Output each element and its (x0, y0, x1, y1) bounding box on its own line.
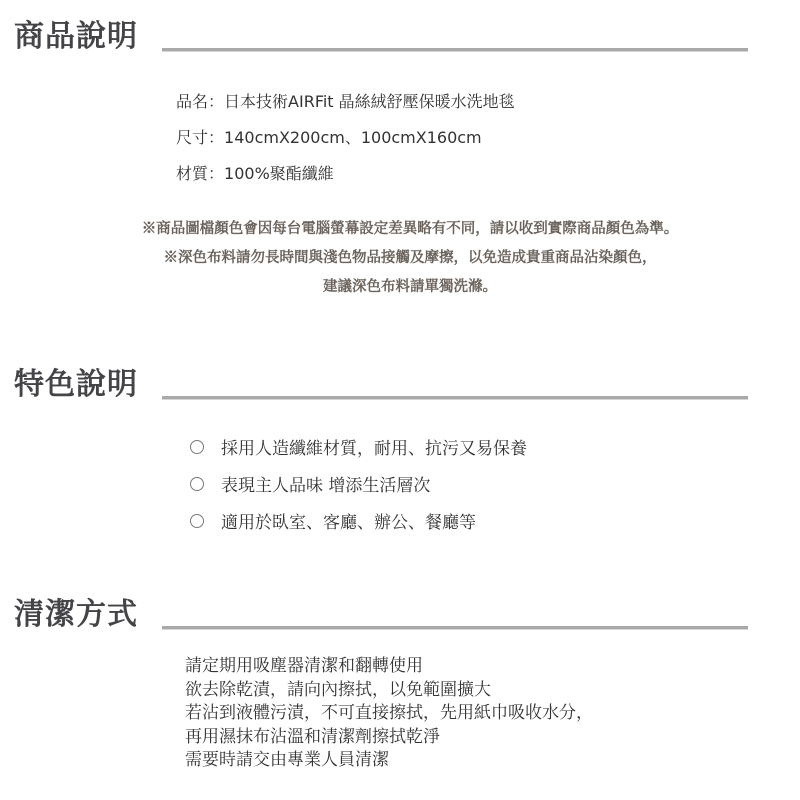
cleaning-line: 請定期用吸塵器清潔和翻轉使用 (185, 655, 593, 679)
spec-value: 100%聚酯纖維 (224, 164, 334, 183)
spec-row-material: 材質：100%聚酯纖維 (176, 156, 515, 192)
section-divider (162, 48, 748, 52)
feature-text: 表現主人品味 增添生活層次 (221, 471, 430, 496)
color-notice: ※商品圖檔顏色會因每台電腦螢幕設定差異略有不同，請以收到實際商品顏色為準。 ※深… (60, 214, 760, 301)
section-divider (162, 626, 748, 630)
notice-line: 建議深色布料請單獨洗滌。 (60, 272, 760, 301)
cleaning-line: 需要時請交由專業人員清潔 (185, 749, 593, 773)
notice-line: ※深色布料請勿長時間與淺色物品接觸及摩擦，以免造成貴重商品沾染顏色， (60, 243, 760, 272)
feature-text: 適用於臥室、客廳、辦公、餐廳等 (221, 508, 476, 533)
spec-separator: ： (208, 92, 224, 111)
spec-value: 140cmX200cm、100cmX160cm (224, 128, 482, 147)
section-divider (162, 396, 748, 400)
feature-item: 表現主人品味 增添生活層次 (190, 465, 527, 502)
section-title-features: 特色說明 (14, 368, 138, 402)
circle-bullet-icon (190, 477, 204, 491)
feature-item: 採用人造纖維材質，耐用、抗污又易保養 (190, 428, 527, 465)
circle-bullet-icon (190, 440, 204, 454)
spec-label: 材質 (176, 164, 208, 183)
cleaning-line: 欲去除乾漬，請向內擦拭，以免範圍擴大 (185, 679, 593, 703)
spec-separator: ： (208, 164, 224, 183)
cleaning-line: 若沾到液體污漬，不可直接擦拭，先用紙巾吸收水分， (185, 702, 593, 726)
cleaning-instructions: 請定期用吸塵器清潔和翻轉使用 欲去除乾漬，請向內擦拭，以免範圍擴大 若沾到液體污… (185, 655, 593, 773)
feature-text: 採用人造纖維材質，耐用、抗污又易保養 (221, 434, 527, 459)
spec-row-name: 品名：日本技術AIRFit 晶絲絨舒壓保暖水洗地毯 (176, 84, 515, 120)
circle-bullet-icon (190, 514, 204, 528)
section-title-cleaning: 清潔方式 (14, 598, 138, 632)
feature-item: 適用於臥室、客廳、辦公、餐廳等 (190, 502, 527, 539)
spec-separator: ： (208, 128, 224, 147)
cleaning-line: 再用濕抹布沾溫和清潔劑擦拭乾淨 (185, 726, 593, 750)
notice-line: ※商品圖檔顏色會因每台電腦螢幕設定差異略有不同，請以收到實際商品顏色為準。 (60, 214, 760, 243)
spec-row-size: 尺寸：140cmX200cm、100cmX160cm (176, 120, 515, 156)
feature-list: 採用人造纖維材質，耐用、抗污又易保養 表現主人品味 增添生活層次 適用於臥室、客… (190, 428, 527, 539)
spec-value: 日本技術AIRFit 晶絲絨舒壓保暖水洗地毯 (224, 92, 515, 111)
spec-label: 品名 (176, 92, 208, 111)
product-spec-list: 品名：日本技術AIRFit 晶絲絨舒壓保暖水洗地毯 尺寸：140cmX200cm… (176, 84, 515, 192)
section-title-product-info: 商品說明 (14, 20, 138, 54)
spec-label: 尺寸 (176, 128, 208, 147)
